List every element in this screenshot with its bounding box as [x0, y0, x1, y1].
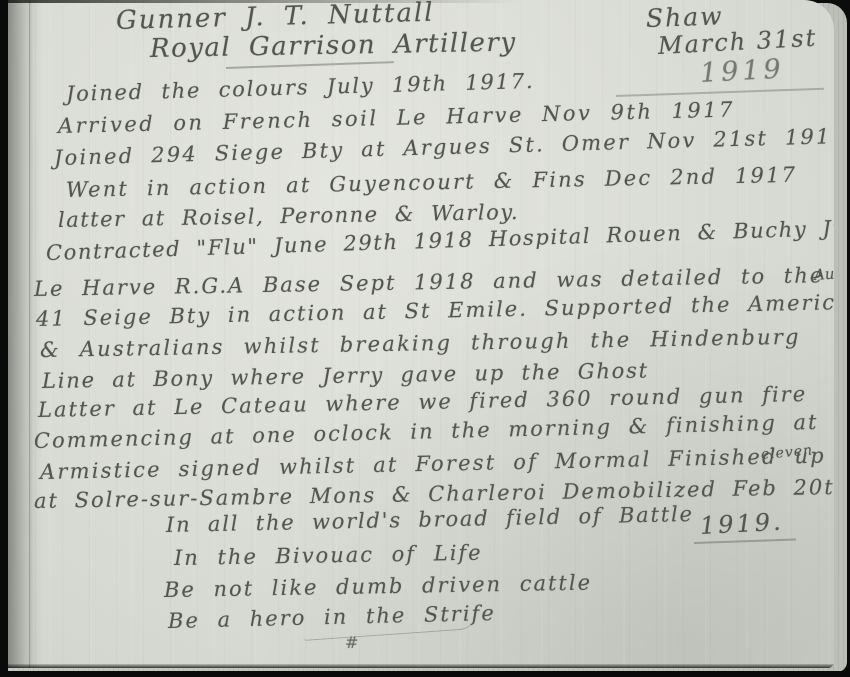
- binding-edge: [0, 0, 8, 677]
- regiment-underline: [226, 61, 394, 69]
- poem-line: Be not like dumb driven cattle: [164, 571, 592, 602]
- poem-line: In the Bivouac of Life: [174, 541, 483, 570]
- note-aug: Aug: [813, 264, 834, 284]
- binding-gutter: [8, 0, 42, 668]
- photo-bottom-edge: [0, 671, 850, 677]
- page-bottom-edge: [8, 664, 834, 668]
- binding-crease: [29, 0, 30, 668]
- photo-background: Gunner J. T. Nuttall Royal Garrison Arti…: [0, 0, 850, 677]
- diary-page: Gunner J. T. Nuttall Royal Garrison Arti…: [8, 0, 834, 668]
- entry-line: Went in action at Guyencourt & Fins Dec …: [66, 163, 798, 202]
- entry-line: latter at Roisel, Peronne & Warloy.: [58, 200, 519, 232]
- header-year: 1919: [699, 54, 785, 89]
- end-mark: #: [345, 633, 358, 652]
- entry-line: Joined the colours July 19th 1917.: [66, 69, 535, 106]
- regiment-name: Royal Garrison Artillery: [150, 28, 517, 64]
- entry-line: & Australians whilst breaking through th…: [40, 325, 801, 362]
- header-year-underline: [616, 88, 824, 97]
- note-demob-year: 1919.: [699, 508, 784, 540]
